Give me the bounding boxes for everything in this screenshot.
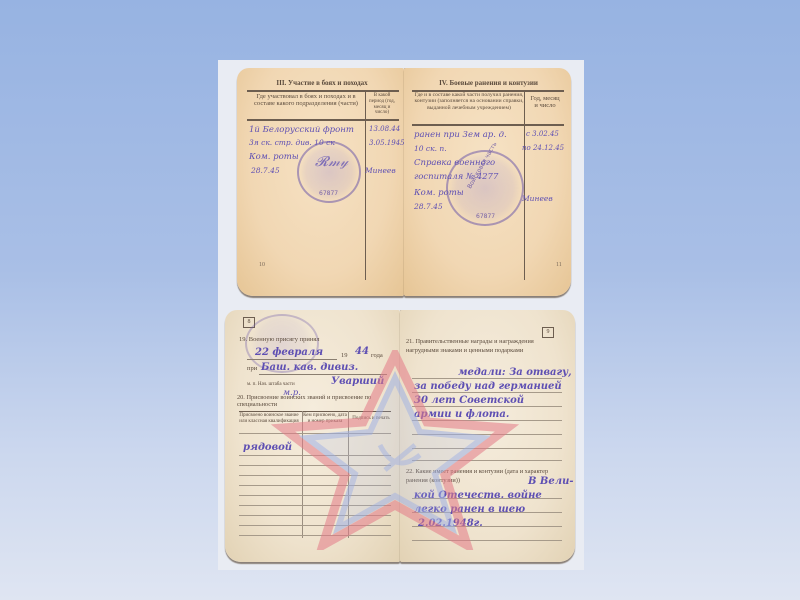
signature: Минеев: [365, 166, 396, 175]
entry-text: госпиталя № 4277: [414, 172, 498, 182]
section-title-battles: III. Участие в боях и походах: [257, 79, 387, 87]
entry-text: 28.7.45: [414, 202, 443, 211]
page-11: IV. Боевые ранения и контузии Где и в со…: [404, 68, 571, 296]
entry-text: 3я ск. стр. див. 10 ск: [249, 138, 335, 147]
page-10: III. Участие в боях и походах Где участв…: [237, 68, 404, 296]
entry-text: 1й Белорусский фронт: [249, 125, 354, 135]
entry-date: 13.08.44: [369, 125, 400, 133]
red-star-watermark-icon: [245, 350, 545, 550]
entry-text: 10 ск. п.: [414, 144, 447, 153]
entry-date: с 3.02.45: [526, 130, 559, 138]
officer-signature-scrawl: 𝓡𝓂𝓎: [315, 154, 348, 170]
column-divider: [524, 90, 525, 280]
top-spread: III. Участие в боях и походах Где участв…: [237, 68, 571, 296]
bottom-spread: 8 19. Военную присягу принял 22 февраля …: [225, 310, 575, 562]
signature: Минеев: [522, 194, 553, 203]
stamp: 67877: [297, 141, 361, 203]
header-bottom-rule: [412, 124, 564, 126]
entry-text: ранен при 3ем ар. д.: [414, 130, 507, 140]
entry-date: 3.05.1945: [369, 139, 404, 147]
entry-text: Ком. роты: [249, 152, 299, 162]
entry-date: по 24.12.45: [522, 144, 564, 152]
header-rule: [247, 90, 399, 92]
col-header-where-wounded: Где и в составе какой части получил ране…: [414, 92, 524, 111]
col-header-date: Год, месяц и число: [528, 95, 562, 110]
booklet-photo: III. Участие в боях и походах Где участв…: [218, 60, 584, 570]
entry-text: Справка военного: [414, 158, 495, 168]
page-number: 10: [259, 262, 265, 268]
entry-text: Ком. роты: [414, 188, 464, 198]
page-number: 11: [556, 262, 562, 268]
col-header-period: В какой период (год, месяц и число): [367, 93, 397, 116]
section-title-wounds: IV. Боевые ранения и контузии: [416, 79, 561, 87]
entry-text: 28.7.45: [251, 166, 280, 175]
col-header-where: Где участвовал в боях и походах и в сост…: [247, 93, 365, 108]
header-bottom-rule: [247, 119, 399, 121]
item-19-label: 19. Военную присягу принял: [239, 336, 320, 343]
